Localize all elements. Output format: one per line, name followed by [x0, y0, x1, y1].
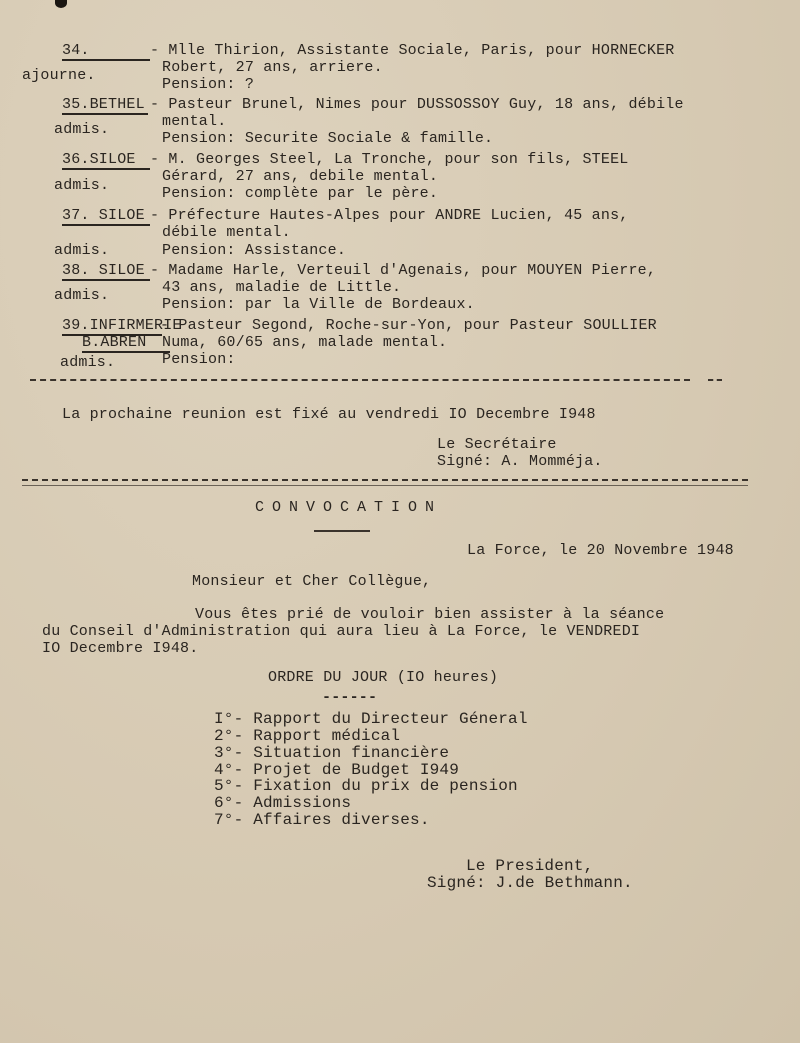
- entry-status: admis.: [54, 178, 109, 194]
- entry-line: Pension: complète par le père.: [162, 186, 438, 202]
- separator-dashed: [30, 379, 690, 381]
- separator-dashed-double: [22, 479, 748, 481]
- body-line: IO Decembre I948.: [42, 641, 198, 657]
- entry-line: Numa, 60/65 ans, malade mental.: [162, 335, 447, 351]
- next-meeting-note: La prochaine reunion est fixé au vendred…: [62, 407, 596, 423]
- entry-line: débile mental.: [162, 225, 291, 241]
- agenda-title: ORDRE DU JOUR (IO heures): [268, 670, 498, 686]
- entry-ref: 36.SILOE: [62, 152, 150, 170]
- president-signature: Signé: J.de Bethmann.: [427, 875, 633, 891]
- entry-line: - Madame Harle, Verteuil d'Agenais, pour…: [150, 263, 656, 279]
- entry-line: 43 ans, maladie de Little.: [162, 280, 401, 296]
- entry-line: Pension:: [162, 352, 236, 368]
- entry-ref: 35.BETHEL: [62, 97, 148, 115]
- entry-ref: 37. SILOE: [62, 208, 150, 226]
- place-date: La Force, le 20 Novembre 1948: [467, 543, 734, 559]
- secretary-signature: Signé: A. Momméja.: [437, 454, 603, 470]
- agenda-item: 6°- Admissions: [214, 795, 351, 811]
- entry-line: Pension: Securite Sociale & famille.: [162, 131, 493, 147]
- entry-line: - Pasteur Brunel, Nimes pour DUSSOSSOY G…: [150, 97, 684, 113]
- document-page: 34. - Mlle Thirion, Assistante Sociale, …: [0, 0, 800, 1043]
- entry-ref: 38. SILOE: [62, 263, 150, 281]
- entry-status: admis.: [54, 288, 109, 304]
- entry-line: - Mlle Thirion, Assistante Sociale, Pari…: [150, 43, 674, 59]
- punch-hole-mark: [55, 0, 67, 8]
- agenda-item: 4°- Projet de Budget I949: [214, 762, 459, 778]
- entry-line: - Pasteur Segond, Roche-sur-Yon, pour Pa…: [160, 318, 657, 334]
- salutation: Monsieur et Cher Collègue,: [192, 574, 431, 590]
- agenda-item: 7°- Affaires diverses.: [214, 812, 430, 828]
- entry-line: - Préfecture Hautes-Alpes pour ANDRE Luc…: [150, 208, 628, 224]
- secretary-title: Le Secrétaire: [437, 437, 557, 453]
- entry-line: Pension: ?: [162, 77, 254, 93]
- entry-line: Pension: par la Ville de Bordeaux.: [162, 297, 475, 313]
- entry-line: mental.: [162, 114, 226, 130]
- agenda-item: 5°- Fixation du prix de pension: [214, 778, 518, 794]
- body-line: du Conseil d'Administration qui aura lie…: [42, 624, 640, 640]
- entry-line: - M. Georges Steel, La Tronche, pour son…: [150, 152, 628, 168]
- agenda-separator: ------: [322, 690, 377, 706]
- entry-status: admis.: [60, 355, 115, 371]
- entry-line: Robert, 27 ans, arriere.: [162, 60, 383, 76]
- agenda-item: I°- Rapport du Directeur Géneral: [214, 711, 528, 727]
- separator-dashed: [708, 379, 722, 381]
- entry-status: admis.: [54, 122, 109, 138]
- entry-line: Gérard, 27 ans, debile mental.: [162, 169, 438, 185]
- heading-underline: [314, 530, 370, 532]
- body-line: Vous êtes prié de vouloir bien assister …: [195, 607, 664, 623]
- convocation-heading: CONVOCATION: [255, 500, 442, 516]
- entry-ref: 34.: [62, 43, 150, 61]
- entry-status: admis.: [54, 243, 109, 259]
- president-title: Le President,: [466, 858, 593, 874]
- entry-status: ajourne.: [22, 68, 96, 84]
- separator-rule: [22, 485, 748, 486]
- agenda-item: 2°- Rapport médical: [214, 728, 400, 744]
- agenda-item: 3°- Situation financière: [214, 745, 449, 761]
- entry-ref-secondary: B.ABREN: [82, 335, 170, 353]
- entry-line: Pension: Assistance.: [162, 243, 346, 259]
